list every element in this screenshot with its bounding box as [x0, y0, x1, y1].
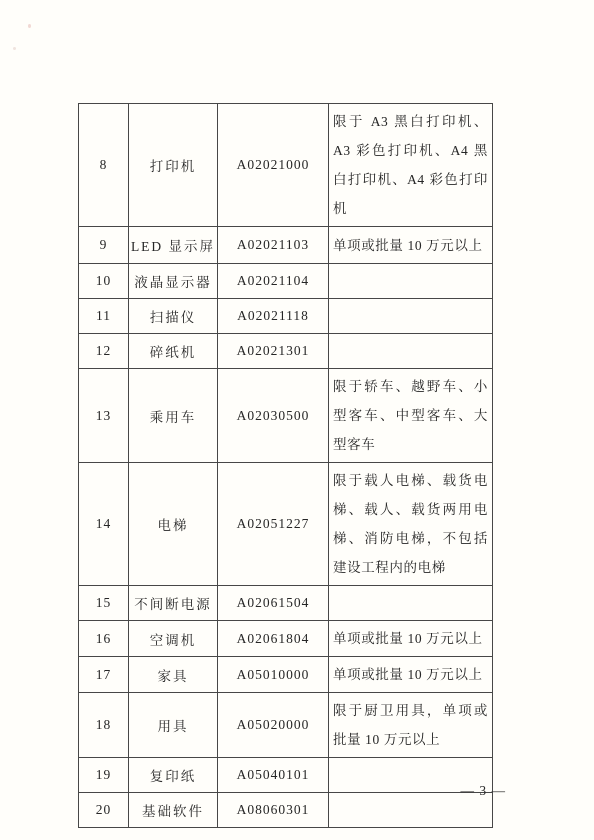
row-number-cell: 10	[79, 264, 129, 299]
row-number-cell: 11	[79, 299, 129, 334]
table-row: 12 碎纸机 A02021301	[79, 334, 493, 369]
table-row: 18 用具 A05020000 限于厨卫用具，单项或批量 10 万元以上	[79, 693, 493, 758]
item-name-cell: 空调机	[129, 621, 218, 657]
item-code-cell: A02051227	[218, 463, 329, 586]
item-name-cell: 基础软件	[129, 793, 218, 828]
item-name-cell: 碎纸机	[129, 334, 218, 369]
item-name-cell: 扫描仪	[129, 299, 218, 334]
note-cell: 限于轿车、越野车、小型客车、中型客车、大型客车	[329, 369, 493, 463]
table-row: 10 液晶显示器 A02021104	[79, 264, 493, 299]
row-number-cell: 16	[79, 621, 129, 657]
item-code-cell: A02021000	[218, 104, 329, 227]
table-row: 11 扫描仪 A02021118	[79, 299, 493, 334]
note-cell	[329, 264, 493, 299]
table-row: 13 乘用车 A02030500 限于轿车、越野车、小型客车、中型客车、大型客车	[79, 369, 493, 463]
note-cell: 限于载人电梯、载货电梯、载人、载货两用电梯、消防电梯，不包括建设工程内的电梯	[329, 463, 493, 586]
table-row: 16 空调机 A02061804 单项或批量 10 万元以上	[79, 621, 493, 657]
row-number-cell: 15	[79, 586, 129, 621]
row-number-cell: 17	[79, 657, 129, 693]
item-name-cell: LED 显示屏	[129, 227, 218, 264]
scan-artifact	[28, 24, 31, 28]
item-code-cell: A08060301	[218, 793, 329, 828]
row-number-cell: 20	[79, 793, 129, 828]
item-code-cell: A02030500	[218, 369, 329, 463]
row-number-cell: 19	[79, 758, 129, 793]
table-row: 8 打印机 A02021000 限于 A3 黑白打印机、A3 彩色打印机、A4 …	[79, 104, 493, 227]
document-page: 8 打印机 A02021000 限于 A3 黑白打印机、A3 彩色打印机、A4 …	[0, 0, 594, 840]
item-name-cell: 不间断电源	[129, 586, 218, 621]
note-cell: 单项或批量 10 万元以上	[329, 657, 493, 693]
note-cell: 单项或批量 10 万元以上	[329, 621, 493, 657]
item-code-cell: A02021301	[218, 334, 329, 369]
item-name-cell: 电梯	[129, 463, 218, 586]
page-number: — 3 —	[461, 783, 507, 799]
item-name-cell: 打印机	[129, 104, 218, 227]
table-row: 20 基础软件 A08060301	[79, 793, 493, 828]
item-name-cell: 用具	[129, 693, 218, 758]
row-number-cell: 8	[79, 104, 129, 227]
note-cell: 限于 A3 黑白打印机、A3 彩色打印机、A4 黑白打印机、A4 彩色打印机	[329, 104, 493, 227]
table-row: 17 家具 A05010000 单项或批量 10 万元以上	[79, 657, 493, 693]
item-name-cell: 液晶显示器	[129, 264, 218, 299]
scan-artifact	[13, 47, 16, 50]
item-code-cell: A05020000	[218, 693, 329, 758]
item-name-cell: 复印纸	[129, 758, 218, 793]
procurement-catalog-table: 8 打印机 A02021000 限于 A3 黑白打印机、A3 彩色打印机、A4 …	[78, 103, 493, 828]
table-row: 15 不间断电源 A02061504	[79, 586, 493, 621]
item-name-cell: 乘用车	[129, 369, 218, 463]
item-code-cell: A02021104	[218, 264, 329, 299]
row-number-cell: 12	[79, 334, 129, 369]
item-code-cell: A02021103	[218, 227, 329, 264]
note-cell	[329, 299, 493, 334]
table-row: 9 LED 显示屏 A02021103 单项或批量 10 万元以上	[79, 227, 493, 264]
item-code-cell: A02061504	[218, 586, 329, 621]
note-cell	[329, 334, 493, 369]
item-code-cell: A05040101	[218, 758, 329, 793]
item-code-cell: A05010000	[218, 657, 329, 693]
row-number-cell: 13	[79, 369, 129, 463]
note-cell: 单项或批量 10 万元以上	[329, 227, 493, 264]
note-cell	[329, 586, 493, 621]
table-row: 19 复印纸 A05040101	[79, 758, 493, 793]
item-code-cell: A02061804	[218, 621, 329, 657]
row-number-cell: 18	[79, 693, 129, 758]
row-number-cell: 14	[79, 463, 129, 586]
row-number-cell: 9	[79, 227, 129, 264]
item-code-cell: A02021118	[218, 299, 329, 334]
table-row: 14 电梯 A02051227 限于载人电梯、载货电梯、载人、载货两用电梯、消防…	[79, 463, 493, 586]
item-name-cell: 家具	[129, 657, 218, 693]
note-cell: 限于厨卫用具，单项或批量 10 万元以上	[329, 693, 493, 758]
